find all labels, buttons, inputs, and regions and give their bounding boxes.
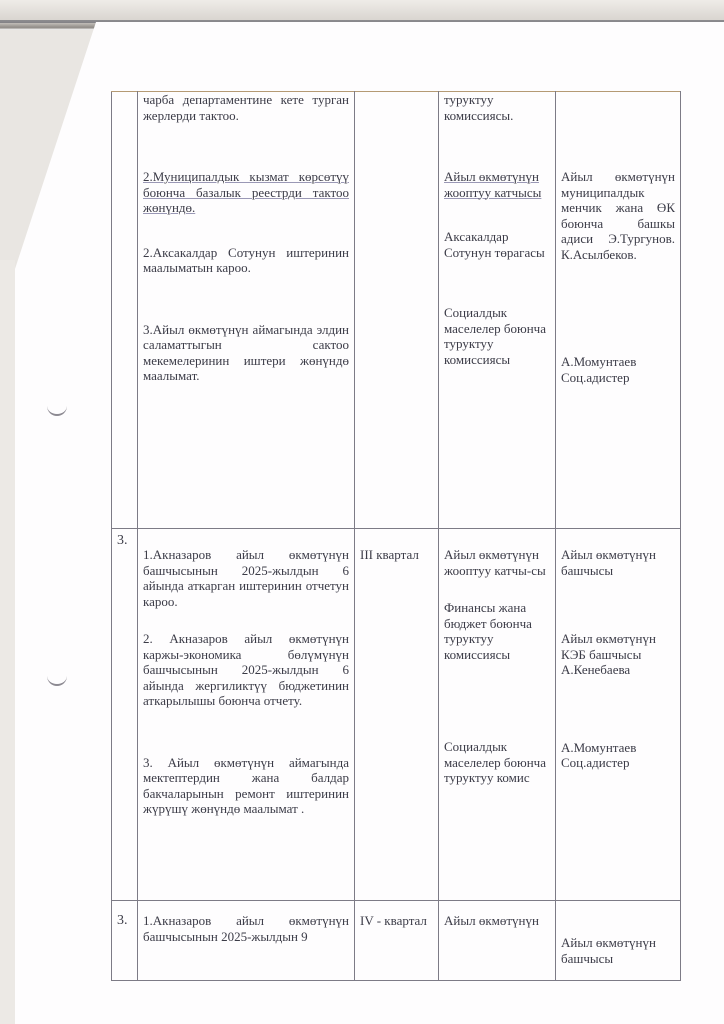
task-item: 2.Аксакалдар Сотунун иштеринин маалыматы… — [143, 245, 349, 276]
term-cell — [355, 92, 439, 529]
term-cell: IV - квартал — [355, 901, 439, 981]
task-item-text: 1.Акназаров айыл өкмөтүнүн башчысынын 20… — [143, 547, 349, 609]
table-row: 3. 1.Акназаров айыл өкмөтүнүн башчысынын… — [112, 529, 681, 901]
responsible-item: Айыл өкмөтүнүн жооптуу катчы-сы — [444, 547, 550, 578]
responsible-item: Айыл өкмөтүнүн жооптуу катчысы — [444, 169, 550, 200]
executor-item: Айыл өкмөтүнүн муниципалдык менчик жана … — [561, 169, 675, 262]
table-row: чарба департаментине кете турган жерлерд… — [112, 92, 681, 529]
executor-item: А.Момунтаев Соц.адистер — [561, 354, 675, 385]
task-cell: чарба департаментине кете турган жерлерд… — [138, 92, 355, 529]
executor-item: А.Момунтаев Соц.адистер — [561, 740, 675, 771]
work-plan-table: чарба департаментине кете турган жерлерд… — [111, 91, 681, 981]
executor-item: Айыл өкмөтүнүн башчысы — [561, 935, 675, 966]
responsible-cell: Айыл өкмөтүнүн жооптуу катчы-сы Финансы … — [439, 529, 556, 901]
task-cell: 1.Акназаров айыл өкмөтүнүн башчысынын 20… — [138, 529, 355, 901]
responsible-item: Аксакалдар Сотунун төрагасы — [444, 229, 550, 260]
responsible-item: Социалдык маселелер боюнча туруктуу коми… — [444, 305, 550, 367]
scanner-left-margin — [0, 260, 15, 1024]
term-cell: III квартал — [355, 529, 439, 901]
responsible-cell: туруктуу комиссиясы. Айыл өкмөтүнүн жооп… — [439, 92, 556, 529]
responsible-item: туруктуу комиссиясы. — [444, 92, 550, 123]
task-item: 2. Акназаров айыл өкмөтүнүн каржы-эконом… — [143, 631, 349, 709]
term-item: IV - квартал — [360, 913, 433, 929]
task-item: 1.Акназаров айыл өкмөтүнүн башчысынын 20… — [143, 547, 349, 609]
responsible-cell: Айыл өкмөтүнүн — [439, 901, 556, 981]
executor-cell: Айыл өкмөтүнүн муниципалдык менчик жана … — [556, 92, 681, 529]
row-number-cell: 3. — [112, 529, 138, 901]
responsible-item: Финансы жана бюджет боюнча туруктуу коми… — [444, 600, 550, 662]
responsible-item: Айыл өкмөтүнүн — [444, 913, 550, 929]
task-cell: 1.Акназаров айыл өкмөтүнүн башчысынын 20… — [138, 901, 355, 981]
term-item: III квартал — [360, 547, 433, 563]
executor-item: Айыл өкмөтүнүн КЭБ башчысы А.Кенебаева — [561, 631, 675, 678]
task-item: 3. Айыл өкмөтүнүн аймагында мектептердин… — [143, 755, 349, 817]
task-item: чарба департаментине кете турган жерлерд… — [143, 92, 349, 123]
executor-cell: Айыл өкмөтүнүн башчысы — [556, 901, 681, 981]
task-item: 3.Айыл өкмөтүнүн аймагында элдин саламат… — [143, 322, 349, 384]
executor-item: Айыл өкмөтүнүн башчысы — [561, 547, 675, 578]
executor-cell: Айыл өкмөтүнүн башчысы Айыл өкмөтүнүн КЭ… — [556, 529, 681, 901]
row-number-cell: 3. — [112, 901, 138, 981]
row-number-cell — [112, 92, 138, 529]
task-item: 2.Муниципалдык кызмат көрсөтүү боюнча ба… — [143, 169, 349, 216]
task-item: 1.Акназаров айыл өкмөтүнүн башчысынын 20… — [143, 913, 349, 944]
table-row: 3. 1.Акназаров айыл өкмөтүнүн башчысынын… — [112, 901, 681, 981]
responsible-item: Социалдык маселелер боюнча туруктуу коми… — [444, 739, 550, 786]
